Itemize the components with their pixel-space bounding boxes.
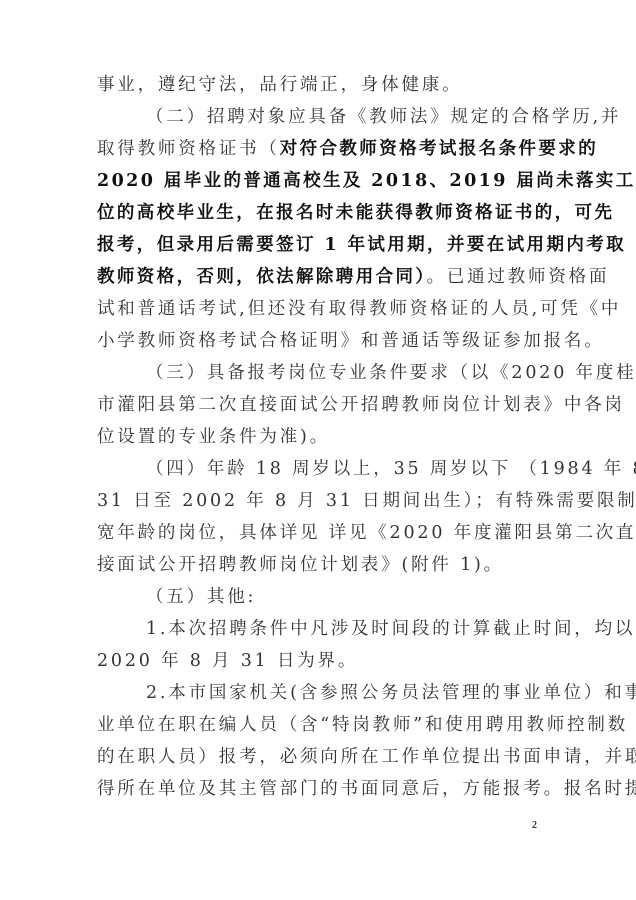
text-line: 宽年龄的岗位，具体详见 详见《2020 年度灌阳县第二次直	[97, 517, 543, 549]
text-line: 取得教师资格证书（对符合教师资格考试报名条件要求的	[97, 133, 543, 165]
text-regular: 。已通过教师资格面	[427, 267, 610, 287]
item-2: 2.本市国家机关(含参照公务员法管理的事业单位）和事	[97, 677, 543, 709]
text-line-bold: 2020 届毕业的普通高校生及 2018、2019 届尚未落实工作单	[97, 165, 543, 197]
paragraph-5-heading: （五）其他:	[97, 581, 543, 613]
text-regular: 取得教师资格证书（	[97, 139, 280, 159]
text-line: 31 日至 2002 年 8 月 31 日期间出生）；有特殊需要限制或放	[97, 485, 543, 517]
text-line: 小学教师资格考试合格证明》和普通话等级证参加报名。	[97, 325, 543, 357]
text-line: 事业，遵纪守法，品行端正，身体健康。	[97, 69, 543, 101]
document-body: 事业，遵纪守法，品行端正，身体健康。 （二）招聘对象应具备《教师法》规定的合格学…	[97, 69, 543, 805]
text-line: 位设置的专业条件为准)。	[97, 421, 543, 453]
text-line: 试和普通话考试,但还没有取得教师资格证的人员,可凭《中	[97, 293, 543, 325]
text-line: 教师资格，否则，依法解除聘用合同）。已通过教师资格面	[97, 261, 543, 293]
text-line-bold: 位的高校毕业生，在报名时未能获得教师资格证书的，可先	[97, 197, 543, 229]
text-line: 得所在单位及其主管部门的书面同意后，方能报考。报名时提	[97, 773, 543, 805]
text-line: 接面试公开招聘教师岗位计划表》(附件 1)。	[97, 549, 543, 581]
paragraph-2-heading: （二）招聘对象应具备《教师法》规定的合格学历,并	[97, 101, 543, 133]
text-line-bold: 报考，但录用后需要签订 1 年试用期，并要在试用期内考取	[97, 229, 543, 261]
item-1: 1.本次招聘条件中凡涉及时间段的计算截止时间，均以	[97, 613, 543, 645]
paragraph-4-heading: （四）年龄 18 周岁以上，35 周岁以下 （1984 年 8 月	[97, 453, 543, 485]
text-line: 的在职人员）报考，必须向所在工作单位提出书面申请，并取	[97, 741, 543, 773]
paragraph-3-heading: （三）具备报考岗位专业条件要求（以《2020 年度桂林	[97, 357, 543, 389]
text-line: 2020 年 8 月 31 日为界。	[97, 645, 543, 677]
page-number: 2	[532, 820, 537, 831]
text-bold: 对符合教师资格考试报名条件要求的	[280, 139, 598, 159]
text-bold: 教师资格，否则，依法解除聘用合同）	[97, 267, 427, 287]
document-page: 事业，遵纪守法，品行端正，身体健康。 （二）招聘对象应具备《教师法》规定的合格学…	[0, 0, 636, 900]
text-line: 业单位在职在编人员（含“特岗教师”和使用聘用教师控制数	[97, 709, 543, 741]
text-line: 市灌阳县第二次直接面试公开招聘教师岗位计划表》中各岗	[97, 389, 543, 421]
